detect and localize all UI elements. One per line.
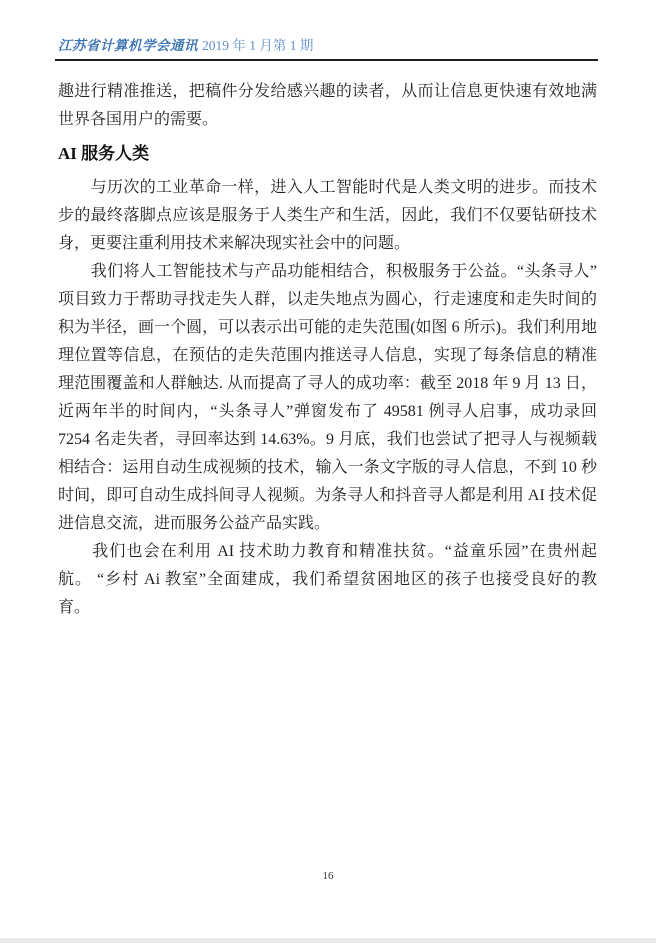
text-line: 步的最终落脚点应该是服务于人类生产和生活，因此，我们不仅要钻研技术本: [58, 202, 597, 230]
text-line: 我们将人工智能技术与产品功能相结合，积极服务于公益。“头条寻人”: [58, 258, 597, 286]
text-line: 育。: [58, 594, 597, 622]
page-number: 16: [0, 870, 656, 882]
header-rule: [55, 59, 598, 61]
text-line: 进信息交流，进而服务公益产品实践。: [58, 510, 597, 538]
page-header: 江苏省计算机学会通讯2019 年 1 月第 1 期: [58, 37, 598, 55]
paragraph: 趣进行精准推送，把稿件分发给感兴趣的读者，从而让信息更快速有效地满足世界各国用户…: [58, 78, 597, 134]
text-line: 我们也会在利用 AI 技术助力教育和精准扶贫。“益童乐园”在贵州起: [58, 538, 597, 566]
text-line: 理范围覆盖和人群触达. 从而提高了寻人的成功率：截至 2018 年 9 月 13…: [58, 370, 597, 398]
section-heading: AI 服务人类: [58, 140, 597, 168]
text-line: 身，更要注重利用技术来解决现实社会中的问题。: [58, 230, 597, 258]
paragraph: 我们也会在利用 AI 技术助力教育和精准扶贫。“益童乐园”在贵州起航。 “乡村 …: [58, 538, 597, 622]
page-edge: [0, 938, 656, 943]
text-line: 积为半径，画一个圆，可以表示出可能的走失范围(如图 6 所示)。我们利用地: [58, 314, 597, 342]
text-line: 7254 名走失者，寻回率达到 14.63%。9 月底，我们也尝试了把寻人与视频…: [58, 426, 597, 454]
paragraph: 我们将人工智能技术与产品功能相结合，积极服务于公益。“头条寻人”项目致力于帮助寻…: [58, 258, 597, 538]
text-line: 项目致力于帮助寻找走失人群，以走失地点为圆心，行走速度和走失时间的乘: [58, 286, 597, 314]
journal-title: 江苏省计算机学会通讯: [58, 38, 198, 53]
document-page: 江苏省计算机学会通讯2019 年 1 月第 1 期 趣进行精准推送，把稿件分发给…: [0, 0, 656, 943]
issue-info: 2019 年 1 月第 1 期: [202, 38, 313, 53]
text-line: 理位置等信息，在预估的走失范围内推送寻人信息，实现了每条信息的精准地: [58, 342, 597, 370]
text-line: 与历次的工业革命一样，进入人工智能时代是人类文明的进步。而技术进: [58, 174, 597, 202]
text-line: 时间，即可自动生成抖间寻人视频。为条寻人和抖音寻人都是利用 AI 技术促: [58, 482, 597, 510]
text-line: 趣进行精准推送，把稿件分发给感兴趣的读者，从而让信息更快速有效地满足: [58, 78, 597, 106]
paragraph: 与历次的工业革命一样，进入人工智能时代是人类文明的进步。而技术进步的最终落脚点应…: [58, 174, 597, 258]
text-line: 相结合：运用自动生成视频的技术，输入一条文字版的寻人信息，不到 10 秒: [58, 454, 597, 482]
text-line: 世界各国用户的需要。: [58, 106, 597, 134]
text-line: 近两年半的时间内，“头条寻人”弹窗发布了 49581 例寻人启事，成功录回: [58, 398, 597, 426]
document-body: 趣进行精准推送，把稿件分发给感兴趣的读者，从而让信息更快速有效地满足世界各国用户…: [58, 78, 597, 622]
text-line: 航。 “乡村 Ai 教室”全面建成，我们希望贫困地区的孩子也接受良好的教: [58, 566, 597, 594]
